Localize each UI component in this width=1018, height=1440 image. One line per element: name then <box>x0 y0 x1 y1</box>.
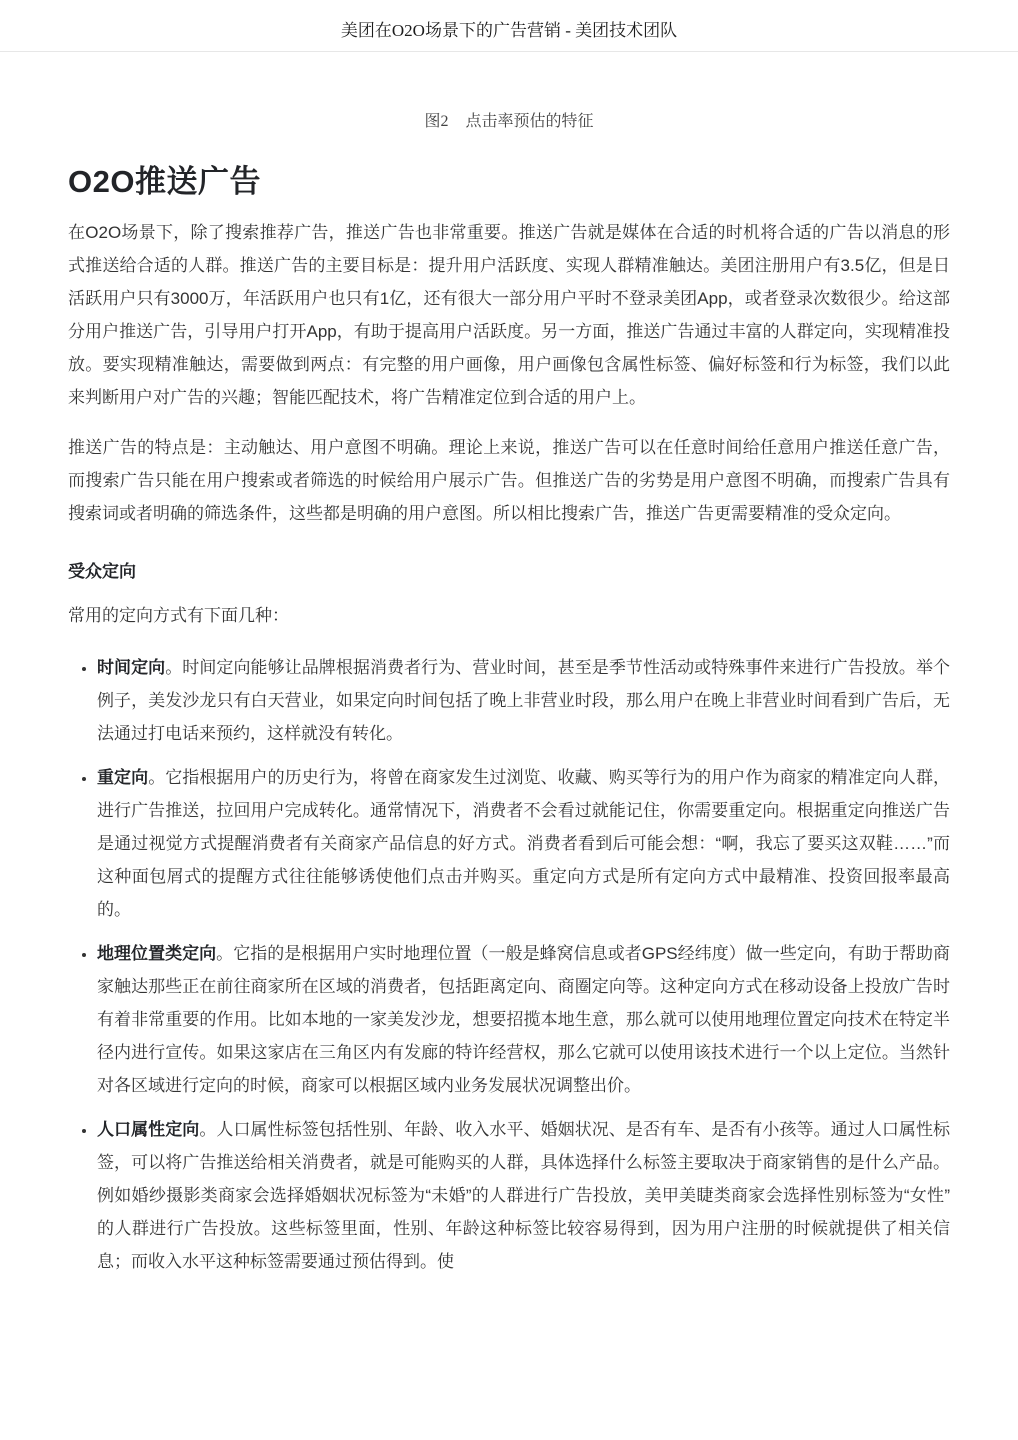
bullet-desc: 。它指的是根据用户实时地理位置（一般是蜂窝信息或者GPS经纬度）做一些定向，有助… <box>97 944 950 1095</box>
figure-caption-text: 点击率预估的特征 <box>466 113 594 130</box>
bullet-term: 时间定向 <box>97 658 165 677</box>
paragraph-push-ads-overview: 在O2O场景下，除了搜索推荐广告，推送广告也非常重要。推送广告就是媒体在合适的时… <box>68 216 950 414</box>
targeting-list-intro: 常用的定向方式有下面几种： <box>68 599 950 632</box>
list-item-demographic-targeting: 人口属性定向。人口属性标签包括性别、年龄、收入水平、婚姻状况、是否有车、是否有小… <box>97 1113 950 1278</box>
bullet-term: 地理位置类定向 <box>97 944 216 963</box>
article-title: O2O推送广告 <box>68 163 950 201</box>
bullet-desc: 。时间定向能够让品牌根据消费者行为、营业时间，甚至是季节性活动或特殊事件来进行广… <box>97 658 950 743</box>
list-item-time-targeting: 时间定向。时间定向能够让品牌根据消费者行为、营业时间，甚至是季节性活动或特殊事件… <box>97 651 950 750</box>
printed-article-page: { "header": { "title": "美团在O2O场景下的广告营销 -… <box>0 0 1018 1440</box>
print-header-title: 美团在O2O场景下的广告营销 - 美团技术团队 <box>10 20 1008 41</box>
paragraph-push-ads-traits: 推送广告的特点是：主动触达、用户意图不明确。理论上来说，推送广告可以在任意时间给… <box>68 431 950 530</box>
section-heading-audience-targeting: 受众定向 <box>68 560 950 584</box>
bullet-desc: 。它指根据用户的历史行为，将曾在商家发生过浏览、收藏、购买等行为的用户作为商家的… <box>97 768 950 919</box>
list-item-geo-targeting: 地理位置类定向。它指的是根据用户实时地理位置（一般是蜂窝信息或者GPS经纬度）做… <box>97 937 950 1102</box>
figure-label: 图2 <box>424 113 448 130</box>
figure-caption: 图2点击率预估的特征 <box>68 112 950 132</box>
targeting-list: 时间定向。时间定向能够让品牌根据消费者行为、营业时间，甚至是季节性活动或特殊事件… <box>68 651 950 1278</box>
article-content: 图2点击率预估的特征 O2O推送广告 在O2O场景下，除了搜索推荐广告，推送广告… <box>68 112 950 1358</box>
print-header: 美团在O2O场景下的广告营销 - 美团技术团队 <box>0 0 1018 52</box>
bullet-desc: 。人口属性标签包括性别、年龄、收入水平、婚姻状况、是否有车、是否有小孩等。通过人… <box>97 1120 950 1271</box>
bullet-term: 人口属性定向 <box>97 1120 199 1139</box>
page-bottom-whitespace <box>68 1278 950 1358</box>
bullet-term: 重定向 <box>97 768 148 787</box>
list-item-retargeting: 重定向。它指根据用户的历史行为，将曾在商家发生过浏览、收藏、购买等行为的用户作为… <box>97 761 950 926</box>
